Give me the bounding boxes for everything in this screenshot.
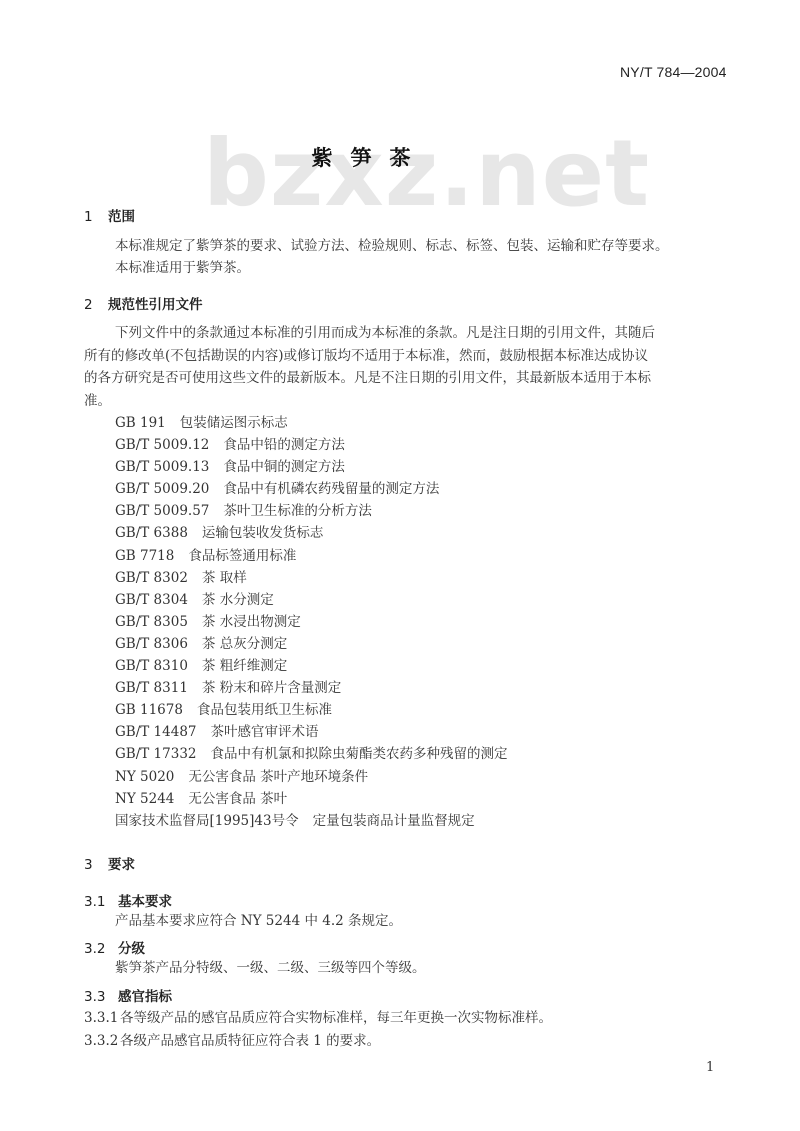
reference-code: GB/T 5009.13: [115, 456, 209, 478]
reference-item: GB 191包装储运图示标志: [115, 412, 508, 434]
reference-item: GB/T 8305茶 水浸出物测定: [115, 611, 508, 633]
section-number: 3.3.2: [84, 1030, 120, 1052]
section-number: 2: [84, 297, 108, 313]
reference-code: GB/T 14487: [115, 721, 197, 743]
section-number: 3: [84, 857, 108, 873]
reference-title: 食品中有机氯和拟除虫菊酯类农药多种残留的测定: [211, 746, 508, 762]
reference-title: 食品包装用纸卫生标准: [197, 702, 332, 718]
reference-code: NY 5020: [115, 766, 174, 788]
reference-code: GB/T 6388: [115, 522, 188, 544]
reference-title: 无公害食品 茶叶: [188, 791, 287, 807]
reference-code: GB/T 8306: [115, 633, 188, 655]
reference-title: 食品中有机磷农药残留量的测定方法: [223, 481, 439, 497]
reference-title: 茶 粉末和碎片含量测定: [202, 680, 341, 696]
reference-code: GB/T 8305: [115, 611, 188, 633]
section-2-intro: 下列文件中的条款通过本标准的引用而成为本标准的条款。凡是注日期的引用文件，其随后…: [84, 322, 744, 412]
reference-title: 运输包装收发货标志: [202, 525, 324, 541]
reference-code: 国家技术监督局[1995]43号令: [115, 810, 299, 832]
section-number: 3.3: [84, 989, 118, 1005]
section-3-1-heading: 3.1基本要求: [84, 890, 172, 910]
intro-line: 下列文件中的条款通过本标准的引用而成为本标准的条款。凡是注日期的引用文件，其随后: [84, 322, 744, 345]
section-text: 各等级产品的感官品质应符合实物标准样，每三年更换一次实物标准样。: [120, 1010, 552, 1026]
reference-title: 茶叶感官审评术语: [211, 724, 319, 740]
reference-item: GB/T 5009.13食品中铜的测定方法: [115, 456, 508, 478]
reference-item: GB/T 8304茶 水分测定: [115, 589, 508, 611]
section-title: 要求: [108, 857, 135, 873]
section-title: 规范性引用文件: [108, 297, 203, 313]
reference-item: GB/T 5009.57茶叶卫生标准的分析方法: [115, 500, 508, 522]
section-number: 3.3.1: [84, 1007, 120, 1029]
reference-item: GB/T 8306茶 总灰分测定: [115, 633, 508, 655]
reference-title: 茶 总灰分测定: [202, 636, 287, 652]
paragraph: 本标准规定了紫笋茶的要求、试验方法、检验规则、标志、标签、包装、运输和贮存等要求…: [115, 235, 669, 257]
section-title: 分级: [118, 941, 145, 957]
reference-title: 包装储运图示标志: [180, 415, 288, 431]
reference-code: GB 11678: [115, 699, 183, 721]
section-3-2-text: 紫笋茶产品分特级、一级、二级、三级等四个等级。: [115, 957, 426, 979]
reference-item: 国家技术监督局[1995]43号令定量包装商品计量监督规定: [115, 810, 508, 832]
reference-code: GB/T 5009.20: [115, 478, 209, 500]
section-3-2-heading: 3.2分级: [84, 937, 145, 957]
reference-code: GB/T 8310: [115, 655, 188, 677]
reference-item: GB/T 8310茶 粗纤维测定: [115, 655, 508, 677]
reference-code: NY 5244: [115, 788, 174, 810]
reference-item: GB/T 8311茶 粉末和碎片含量测定: [115, 677, 508, 699]
reference-title: 茶 取样: [202, 570, 247, 586]
reference-list: GB 191包装储运图示标志 GB/T 5009.12食品中铅的测定方法 GB/…: [115, 412, 508, 832]
reference-title: 茶叶卫生标准的分析方法: [223, 503, 372, 519]
reference-title: 食品中铜的测定方法: [223, 459, 345, 475]
reference-title: 茶 水浸出物测定: [202, 614, 301, 630]
section-3-3-heading: 3.3感官指标: [84, 985, 172, 1005]
section-title: 感官指标: [118, 989, 172, 1005]
reference-title: 茶 粗纤维测定: [202, 658, 287, 674]
page-number: 1: [706, 1060, 714, 1075]
section-text: 各级产品感官品质特征应符合表 1 的要求。: [120, 1033, 380, 1049]
reference-title: 无公害食品 茶叶产地环境条件: [188, 769, 368, 785]
reference-item: GB 7718食品标签通用标准: [115, 545, 508, 567]
reference-item: NY 5244无公害食品 茶叶: [115, 788, 508, 810]
reference-code: GB/T 8304: [115, 589, 188, 611]
reference-item: GB/T 5009.20食品中有机磷农药残留量的测定方法: [115, 478, 508, 500]
document-title: 紫笋茶: [0, 142, 740, 172]
reference-code: GB/T 17332: [115, 743, 197, 765]
reference-item: GB/T 8302茶 取样: [115, 567, 508, 589]
reference-item: GB/T 5009.12食品中铅的测定方法: [115, 434, 508, 456]
section-1-body: 本标准规定了紫笋茶的要求、试验方法、检验规则、标志、标签、包装、运输和贮存等要求…: [115, 235, 669, 279]
reference-title: 茶 水分测定: [202, 592, 274, 608]
reference-title: 定量包装商品计量监督规定: [313, 813, 475, 829]
standard-code: NY/T 784—2004: [620, 64, 727, 80]
reference-code: GB/T 8311: [115, 677, 188, 699]
intro-line: 的各方研究是否可使用这些文件的最新版本。凡是不注日期的引用文件，其最新版本适用于…: [84, 367, 744, 390]
reference-code: GB 7718: [115, 545, 174, 567]
intro-line: 准。: [84, 390, 744, 413]
reference-code: GB/T 8302: [115, 567, 188, 589]
section-3-heading: 3要求: [84, 853, 135, 873]
section-number: 1: [84, 209, 108, 225]
reference-item: GB/T 6388运输包装收发货标志: [115, 522, 508, 544]
reference-item: NY 5020无公害食品 茶叶产地环境条件: [115, 766, 508, 788]
section-3-1-text: 产品基本要求应符合 NY 5244 中 4.2 条规定。: [115, 910, 402, 932]
reference-code: GB/T 5009.57: [115, 500, 209, 522]
section-number: 3.1: [84, 894, 118, 910]
section-title: 基本要求: [118, 894, 172, 910]
reference-title: 食品标签通用标准: [188, 548, 296, 564]
section-title: 范围: [108, 209, 135, 225]
reference-item: GB/T 17332食品中有机氯和拟除虫菊酯类农药多种残留的测定: [115, 743, 508, 765]
section-number: 3.2: [84, 941, 118, 957]
section-1-heading: 1范围: [84, 205, 135, 225]
section-3-3-2: 3.3.2各级产品感官品质特征应符合表 1 的要求。: [84, 1030, 380, 1052]
reference-code: GB/T 5009.12: [115, 434, 209, 456]
section-2-heading: 2规范性引用文件: [84, 293, 203, 313]
reference-item: GB/T 14487茶叶感官审评术语: [115, 721, 508, 743]
reference-title: 食品中铅的测定方法: [223, 437, 345, 453]
reference-code: GB 191: [115, 412, 166, 434]
paragraph: 本标准适用于紫笋茶。: [115, 257, 669, 279]
section-3-3-1: 3.3.1各等级产品的感官品质应符合实物标准样，每三年更换一次实物标准样。: [84, 1007, 552, 1029]
intro-line: 所有的修改单(不包括勘误的内容)或修订版均不适用于本标准，然而，鼓励根据本标准达…: [84, 345, 744, 368]
reference-item: GB 11678食品包装用纸卫生标准: [115, 699, 508, 721]
